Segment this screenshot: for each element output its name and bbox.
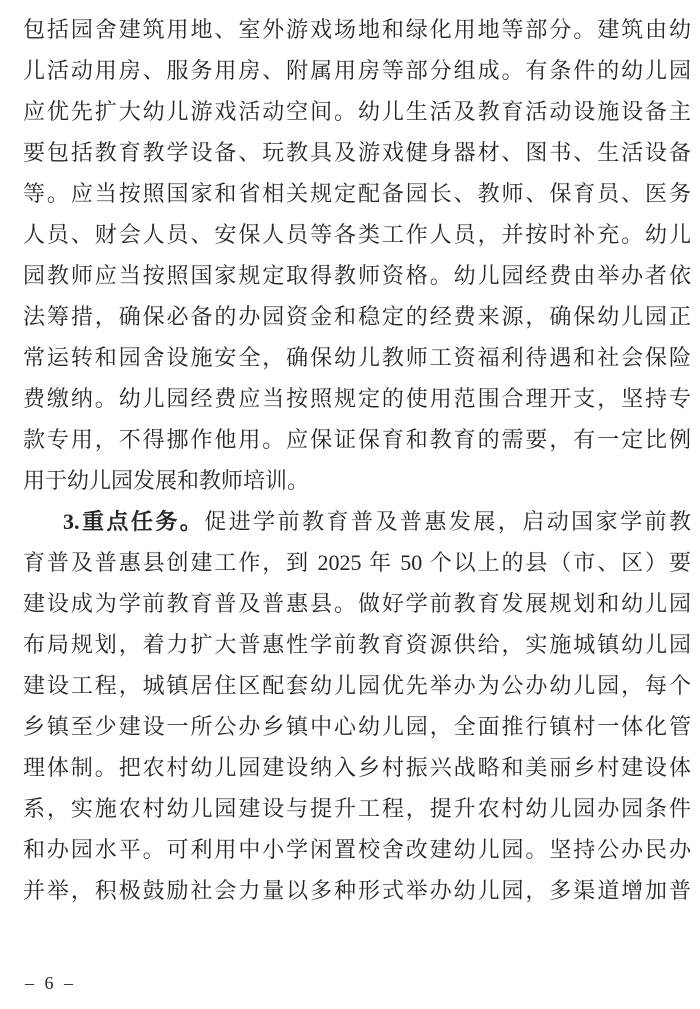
body-text-line: 理体制。把农村幼儿园建设纳入乡村振兴战略和美丽乡村建设体 bbox=[23, 747, 691, 788]
body-text-line: 包括园舍建筑用地、室外游戏场地和绿化用地等部分。建筑由幼 bbox=[23, 9, 691, 50]
body-text-line: 建设成为学前教育普及普惠县。做好学前教育发展规划和幼儿园 bbox=[23, 583, 691, 624]
body-text-line: 儿活动用房、服务用房、附属用房等部分组成。有条件的幼儿园 bbox=[23, 50, 691, 91]
body-text-line: 款专用，不得挪作他用。应保证保育和教育的需要，有一定比例 bbox=[23, 419, 691, 460]
section-heading-label: 3.重点任务。 bbox=[63, 509, 204, 534]
body-text-line: 和办园水平。可利用中小学闲置校舍改建幼儿园。坚持公办民办 bbox=[23, 829, 691, 870]
body-text-line: 法筹措，确保必备的办园资金和稳定的经费来源，确保幼儿园正 bbox=[23, 296, 691, 337]
body-text-line: 用于幼儿园发展和教师培训。 bbox=[23, 460, 691, 501]
body-text-line: 系，实施农村幼儿园建设与提升工程，提升农村幼儿园办园条件 bbox=[23, 788, 691, 829]
body-text-line: 园教师应当按照国家规定取得教师资格。幼儿园经费由举办者依 bbox=[23, 255, 691, 296]
body-text-line: 并举，积极鼓励社会力量以多种形式举办幼儿园，多渠道增加普 bbox=[23, 870, 691, 911]
body-text-line: 常运转和园舍设施安全，确保幼儿教师工资福利待遇和社会保险 bbox=[23, 337, 691, 378]
document-page: 包括园舍建筑用地、室外游戏场地和绿化用地等部分。建筑由幼 儿活动用房、服务用房、… bbox=[0, 0, 700, 1009]
page-number: – 6 – bbox=[25, 972, 76, 994]
body-text-line: 乡镇至少建设一所公办乡镇中心幼儿园，全面推行镇村一体化管 bbox=[23, 706, 691, 747]
body-text-line: 应优先扩大幼儿游戏活动空间。幼儿生活及教育活动设施设备主 bbox=[23, 91, 691, 132]
document-body: 包括园舍建筑用地、室外游戏场地和绿化用地等部分。建筑由幼 儿活动用房、服务用房、… bbox=[23, 9, 691, 911]
body-text-line: 费缴纳。幼儿园经费应当按照规定的使用范围合理开支，坚持专 bbox=[23, 378, 691, 419]
body-text-line: 人员、财会人员、安保人员等各类工作人员，并按时补充。幼儿 bbox=[23, 214, 691, 255]
body-text-line: 要包括教育教学设备、玩教具及游戏健身器材、图书、生活设备 bbox=[23, 132, 691, 173]
body-text-line: 布局规划，着力扩大普惠性学前教育资源供给，实施城镇幼儿园 bbox=[23, 624, 691, 665]
section-heading-line: 3.重点任务。促进学前教育普及普惠发展，启动国家学前教 bbox=[23, 501, 691, 542]
body-text-line: 育普及普惠县创建工作，到 2025 年 50 个以上的县（市、区）要 bbox=[23, 542, 691, 583]
section-heading-text: 促进学前教育普及普惠发展，启动国家学前教 bbox=[204, 509, 691, 534]
body-text-line: 等。应当按照国家和省相关规定配备园长、教师、保育员、医务 bbox=[23, 173, 691, 214]
body-text-line: 建设工程，城镇居住区配套幼儿园优先举办为公办幼儿园，每个 bbox=[23, 665, 691, 706]
